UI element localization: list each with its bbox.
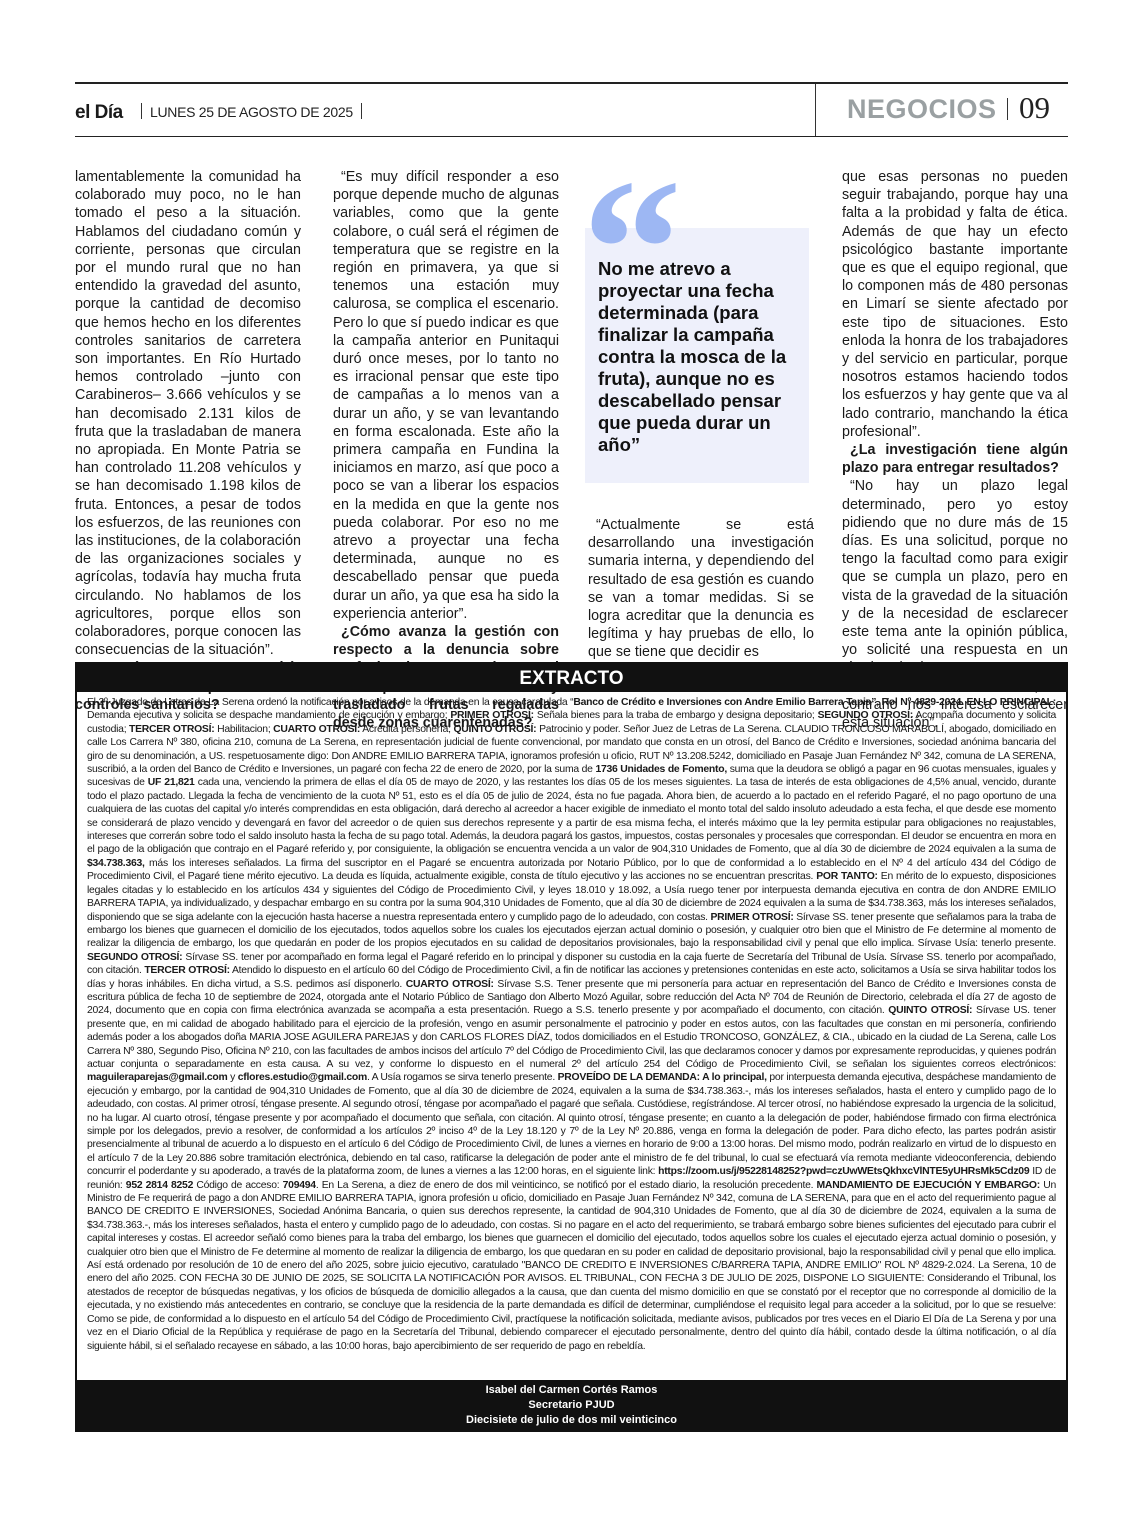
text: y	[228, 1072, 238, 1083]
extracto-title: EXTRACTO	[77, 664, 1066, 692]
article-column-4: que esas personas no pueden seguir traba…	[842, 168, 1068, 732]
text: Señala bienes para la traba de embargo y…	[534, 710, 818, 721]
zoom-link[interactable]: https://zoom.us/j/95228148252?pwd=czUwWE…	[658, 1166, 1029, 1177]
text: El 2º Juzgado de Letras de La Serena ord…	[87, 697, 573, 708]
amount: UF 21,821	[148, 777, 195, 788]
text: . En La Serena, a diez de enero de dos m…	[316, 1180, 817, 1191]
issue-date: LUNES 25 DE AGOSTO DE 2025	[133, 104, 370, 121]
page-number: 09	[1019, 90, 1050, 126]
divider	[815, 84, 816, 136]
heading: SEGUNDO OTROSÍ:	[818, 710, 913, 721]
text: . A Usía rogamos se sirva tenerlo presen…	[367, 1072, 558, 1083]
article-column-1: lamentablemente la comunidad ha colabora…	[75, 168, 301, 714]
text: Demanda ejecutiva y solicita se despache…	[87, 710, 450, 721]
article-paragraph: “Actualmente se está desarrollando una i…	[588, 516, 814, 662]
signer-name: Isabel del Carmen Cortés Ramos	[77, 1383, 1066, 1398]
issue-date-text: LUNES 25 DE AGOSTO DE 2025	[150, 104, 353, 120]
text: Acredita personería;	[360, 724, 453, 735]
divider	[361, 103, 362, 119]
amount: $34.738.363,	[87, 858, 145, 869]
meeting-id: 952 2814 8252	[126, 1180, 193, 1191]
article-column-2: “Es muy difícil responder a eso porque d…	[333, 168, 559, 732]
legal-notice-extracto: EXTRACTO El 2º Juzgado de Letras de La S…	[75, 662, 1068, 1432]
heading: CUARTO OTROSÍ:	[406, 979, 494, 990]
divider	[141, 103, 142, 119]
article-paragraph: lamentablemente la comunidad ha colabora…	[75, 168, 301, 659]
article-paragraph: “Es muy difícil responder a eso porque d…	[333, 168, 559, 623]
text: Un Ministro de Fe requerirá de pago a do…	[87, 1180, 1056, 1352]
article-column-3: “Actualmente se está desarrollando una i…	[588, 516, 814, 662]
email-link[interactable]: maguileraparejas@gmail.com	[87, 1072, 228, 1083]
text: cada una, venciendo la primera de ellas …	[87, 777, 1056, 855]
email-link[interactable]: cflores.estudio@gmail.com	[238, 1072, 367, 1083]
section-title: NEGOCIOS	[847, 94, 997, 125]
heading: POR TANTO:	[816, 871, 878, 882]
access-code: 709494	[283, 1180, 316, 1191]
interview-question: ¿La investigación tiene algún plazo para…	[842, 441, 1068, 477]
heading: TERCER OTROSÍ:	[129, 724, 214, 735]
page-header: el Día LUNES 25 DE AGOSTO DE 2025 NEGOCI…	[75, 82, 1068, 137]
heading: SEGUNDO OTROSÍ:	[87, 952, 182, 963]
heading: CUARTO OTROSÍ:	[273, 724, 360, 735]
extracto-body: El 2º Juzgado de Letras de La Serena ord…	[77, 692, 1066, 1353]
pull-quote-text: No me atrevo a proyectar una fecha deter…	[598, 258, 798, 456]
text: Habilitacion;	[214, 724, 273, 735]
heading: TERCER OTROSÍ:	[144, 965, 230, 976]
heading: MANDAMIENTO DE EJECUCIÓN Y EMBARGO:	[817, 1180, 1040, 1191]
case-title: Banco de Crédito e Inversiones con Andre…	[573, 697, 963, 708]
article-paragraph: que esas personas no pueden seguir traba…	[842, 168, 1068, 441]
signature-block: Isabel del Carmen Cortés Ramos Secretari…	[77, 1380, 1066, 1430]
text: por interpuesta demanda ejecutiva, despá…	[87, 1072, 1056, 1177]
heading: QUINTO OTROSÍ:	[453, 724, 536, 735]
divider	[1007, 98, 1008, 120]
heading: PROVEÍDO DE LA DEMANDA: A lo principal,	[558, 1072, 767, 1083]
signer-role: Secretario PJUD	[77, 1398, 1066, 1413]
heading: QUINTO OTROSÍ:	[888, 1005, 972, 1016]
heading: PRIMER OTROSÍ:	[450, 710, 533, 721]
amount: 1736 Unidades de Fomento,	[595, 764, 727, 775]
heading: PRIMER OTROSÍ:	[710, 912, 793, 923]
newspaper-logo: el Día	[75, 102, 123, 124]
text: Código de acceso:	[193, 1180, 283, 1191]
signature-date: Diecisiete de julio de dos mil veinticin…	[77, 1413, 1066, 1428]
heading: EN LO PRINCIPAL:	[967, 697, 1056, 708]
